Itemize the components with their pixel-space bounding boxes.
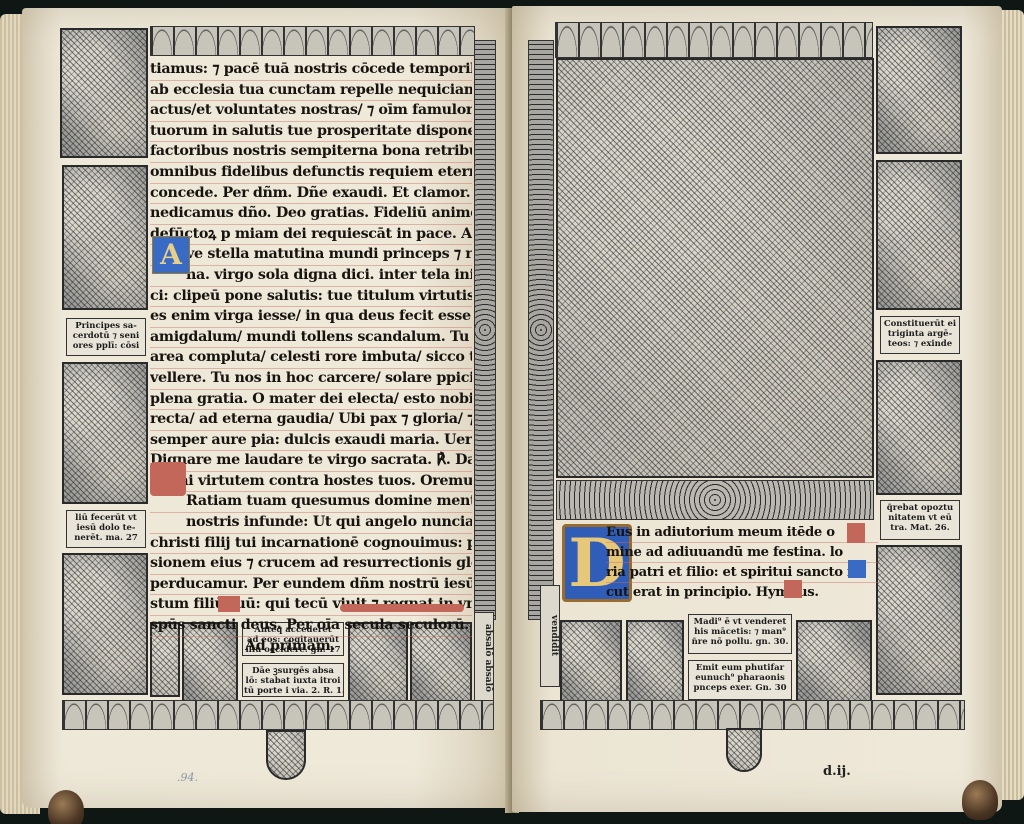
caption-line: nitatem vt eū	[882, 513, 958, 523]
bottom-ornament-right	[540, 700, 965, 730]
foliage-border-strip	[556, 480, 874, 520]
top-arch-border-right	[555, 22, 873, 58]
text-line: cut erat in principio. Hymnus.	[606, 583, 878, 602]
text-line: perducamur. Per eundem dñm nostrū iesū c…	[150, 575, 472, 596]
caption-line: cerdotū ⁊ seni	[68, 331, 144, 341]
woodcut-figure-bottom-6	[796, 620, 872, 702]
text-line: concede. Per dñm. Dñe exaudi. Et clamor.…	[150, 184, 472, 205]
text-line: Ratiam tuam quesumus domine mentib⁹	[150, 492, 472, 513]
text-line: recta/ ad eterna gaudia/ Ubi pax ⁊ glori…	[150, 410, 472, 431]
woodcut-council-scene	[62, 362, 148, 504]
bottom-ornament-left	[62, 700, 494, 730]
caption-line: liū fecerūt vt	[68, 513, 144, 523]
text-line: actus/et voluntates nostras/ ⁊ oīm famul…	[150, 101, 472, 122]
pencil-note: .94.	[177, 771, 198, 784]
caption-line: pnceps exer. Gn. 30	[690, 683, 790, 693]
caption-line: tra. Mat. 26.	[882, 523, 958, 533]
text-line: vellere. Tu nos in hoc carcere/ solare p…	[150, 369, 472, 390]
caption-absalon: Dāe ꝫsurgēs absa lō: stabat iuxta itroi …	[242, 663, 344, 697]
woodcut-nativity-scene	[556, 58, 874, 478]
rubric-line-filler	[340, 604, 464, 612]
open-book-photo: Principes sa- cerdotū ⁊ seni ores pplī: …	[0, 0, 1024, 824]
caption-emit: Emit eum phutifar eunuch⁹ pharaonis pnce…	[688, 660, 792, 700]
text-line: ab ecclesia tua cunctam repelle nequicia…	[150, 81, 472, 102]
right-page-inner-border	[528, 40, 554, 620]
caption-madius: Madi⁹ ē vt venderet his mācetis: ⁊ man⁹ …	[688, 614, 792, 654]
caption-consilium: liū fecerūt vt iesū dolo te- nerēt. ma. …	[66, 510, 146, 548]
caption-line: n̄re nō pollu. gn. 30.	[690, 637, 790, 647]
woodcut-priests-scene	[62, 165, 148, 310]
initial-gratiam-red	[150, 462, 186, 496]
caption-line: Emit eum phutifar	[690, 663, 790, 673]
text-line: factoribus nostris sempiterna bona retri…	[150, 142, 472, 163]
caption-line: Principes sa-	[68, 321, 144, 331]
text-line: ve stella matutina mundi princeps ⁊ regi	[150, 245, 472, 266]
caption-line: tū porte i via. 2. R. 15	[244, 686, 342, 696]
text-line: tuorum in salutis tue prosperitate dispo…	[150, 122, 472, 143]
woodcut-judas-scene	[876, 26, 962, 154]
caption-principes: Principes sa- cerdotū ⁊ seni ores pplī: …	[66, 318, 146, 356]
right-page-text: Eus in adiutorium meum itēde o mine ad a…	[606, 523, 878, 602]
text-line: area compluta/ celesti rore imbuta/ sicc…	[150, 348, 472, 369]
pendant-ornament-left	[266, 730, 306, 780]
caption-line: Dāe ꝫsurgēs absa	[244, 666, 342, 676]
text-line: amigdalum/ mundi tollens scandalum. Tu e…	[150, 328, 472, 349]
text-line: semper aure pia: dulcis exaudi maria. Ue…	[150, 431, 472, 452]
rubric-hymnus	[784, 580, 802, 598]
caption-line: triginta argē-	[882, 329, 958, 339]
woodcut-silver-scene	[876, 160, 962, 310]
caption-line: Constituerūt ei	[882, 319, 958, 329]
text-line: tiamus: ⁊ pacē tuā nostris cōcede tempor…	[150, 60, 472, 81]
left-page-text: tiamus: ⁊ pacē tuā nostris cōcede tempor…	[150, 60, 472, 656]
caption-line: eunuch⁹ pharaonis	[690, 673, 790, 683]
text-line: Dignare me laudare te virgo sacrata. ℟. …	[150, 451, 472, 472]
text-line: ria patri et filio: et spiritui sancto i	[606, 563, 878, 583]
left-page-inner-border	[474, 40, 496, 620]
text-line: nedicamus dño. Deo gratias. Fideliū anim…	[150, 204, 472, 225]
scroll-label-left: absalō absalō	[474, 612, 494, 704]
caption-line: ores pplī: cōsi	[68, 341, 144, 351]
caption-line: Madi⁹ ē vt venderet	[690, 617, 790, 627]
caption-line: q̄rebat opoztu	[882, 503, 958, 513]
text-line: plena gratia. O mater dei electa/ esto n…	[150, 390, 472, 411]
text-line: omnibus fidelibus defunctis requiem eter…	[150, 163, 472, 184]
book-stand-left	[48, 790, 84, 824]
text-line: Ad primam.	[150, 637, 472, 657]
signature-mark: d.ij.	[823, 764, 851, 779]
rubric-mark-ad-primam	[218, 596, 240, 612]
text-line: michi virtutem contra hostes tuos. Oremu…	[150, 472, 472, 493]
caption-line: teos: ⁊ exinde	[882, 339, 958, 349]
text-line: na. virgo sola digna dici. inter tela in…	[150, 266, 472, 287]
book-stand-right	[962, 780, 998, 820]
caption-line: his mācetis: ⁊ man⁹	[690, 627, 790, 637]
text-line: christi filij tui incarnationē cognouimu…	[150, 534, 472, 555]
woodcut-soldiers-scene	[60, 28, 148, 158]
woodcut-figures-scene	[62, 553, 148, 695]
caption-line: nerēt. ma. 27	[68, 533, 144, 543]
top-arch-border-left	[150, 26, 475, 56]
caption-line: lō: stabat iuxta itroi	[244, 676, 342, 686]
woodcut-joseph-sold-scene	[876, 545, 962, 695]
text-line: mine ad adiuuandū me festina. lo	[606, 543, 878, 563]
scroll-label-right: vendidit	[540, 585, 560, 687]
text-line: es enim virga iesse/ in qua deus fecit e…	[150, 307, 472, 328]
pendant-ornament-right	[726, 728, 762, 772]
woodcut-table-scene	[876, 360, 962, 495]
text-line: sionem eius ⁊ crucem ad resurrectionis g…	[150, 554, 472, 575]
caption-querebat: q̄rebat opoztu nitatem vt eū tra. Mat. 2…	[880, 500, 960, 540]
initial-letter: A	[153, 237, 189, 273]
initial-ave-blue: A	[152, 236, 190, 274]
text-line: ci: clipeū pone salutis: tue titulum vir…	[150, 287, 472, 308]
rubric-initial-d	[847, 523, 865, 543]
text-line: defūctoꝝ p miam dei requiescāt in pace. …	[150, 225, 472, 246]
woodcut-figure-bottom-5	[626, 620, 684, 702]
caption-constituerunt: Constituerūt ei triginta argē- teos: ⁊ e…	[880, 316, 960, 354]
text-line: spūs sancti deus. Per oīa secula seculor…	[150, 616, 472, 637]
initial-gloria-blue	[848, 560, 866, 578]
woodcut-figure-bottom-4	[560, 620, 622, 702]
text-line: Eus in adiutorium meum itēde o	[606, 523, 878, 543]
caption-line: iesū dolo te-	[68, 523, 144, 533]
text-line: nostris infunde: Ut qui angelo nunciante	[150, 513, 472, 534]
